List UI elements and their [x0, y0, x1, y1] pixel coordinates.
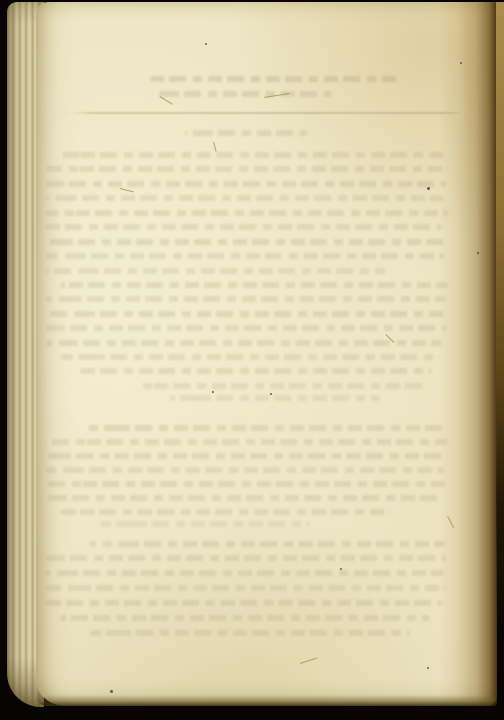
page-bottom-shadow	[36, 695, 497, 706]
page-right-shadow	[439, 2, 497, 706]
spine-edge-highlight	[496, 2, 504, 642]
page-surface	[36, 2, 497, 706]
scanned-book-page	[0, 0, 504, 720]
